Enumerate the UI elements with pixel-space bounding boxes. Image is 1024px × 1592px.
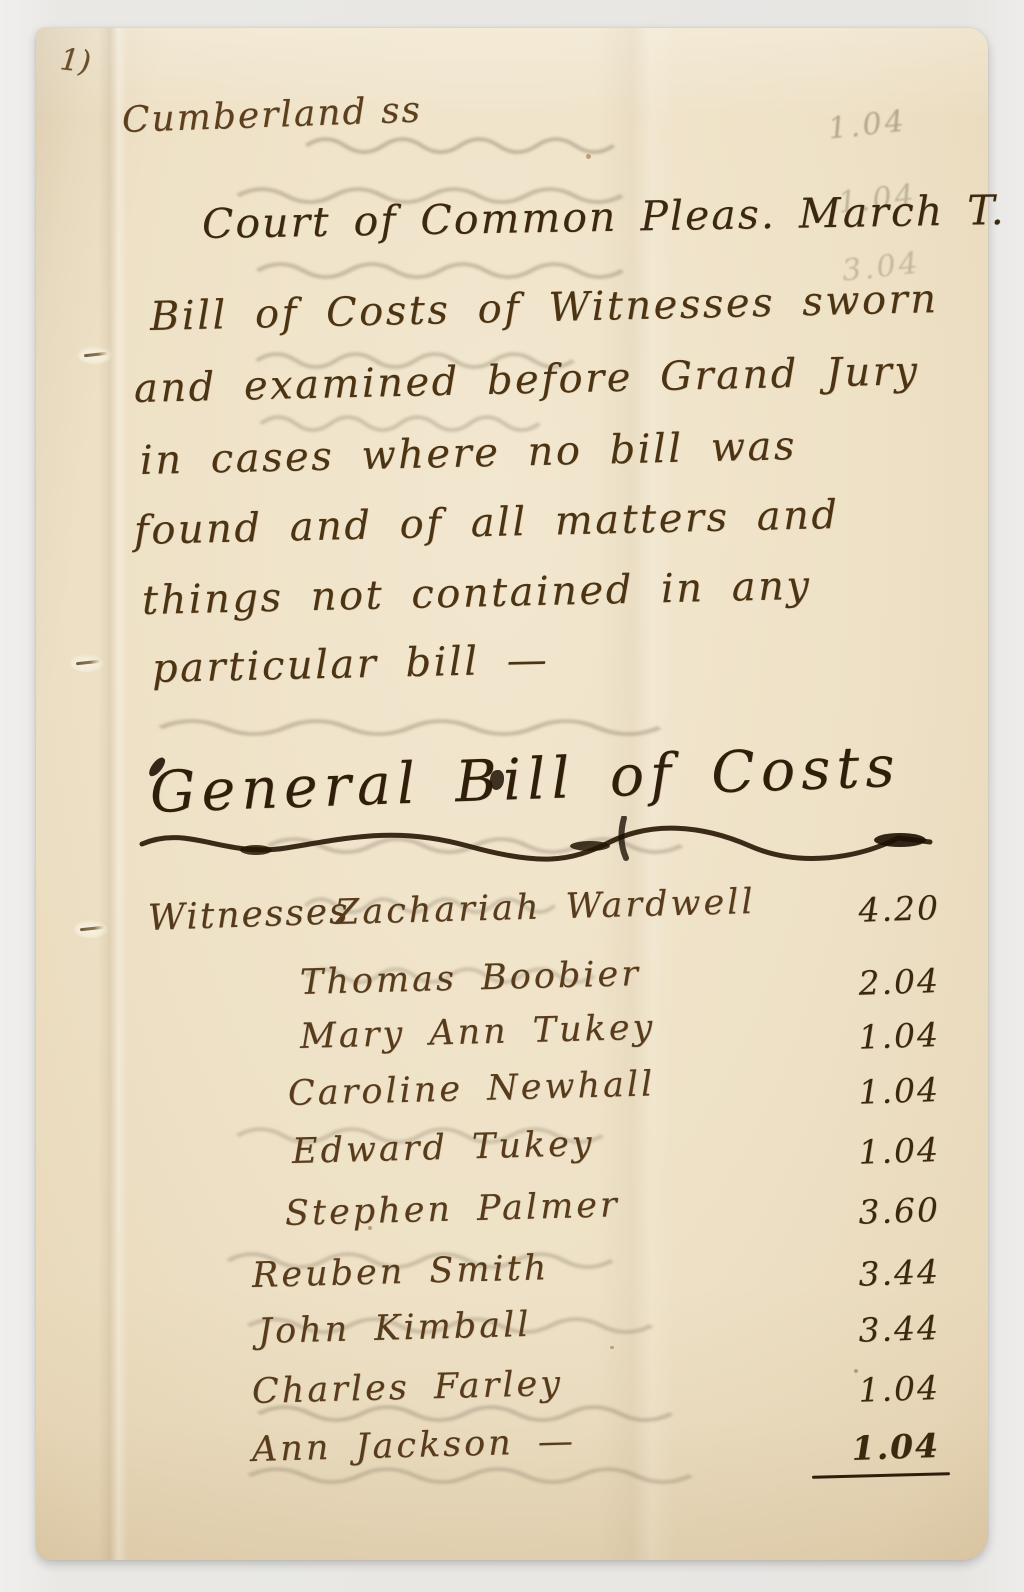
stitch-hole [74, 920, 108, 938]
foxing-speck [610, 1346, 614, 1349]
witness-amount: 3.44 [819, 1252, 940, 1295]
witness-name: John Kimball [257, 1305, 531, 1352]
stitch-hole [78, 346, 112, 364]
page-number: 1) [58, 42, 92, 80]
fold-crease-left [98, 28, 128, 1560]
witness-amount: 2.04 [819, 961, 940, 1004]
scanned-document-page: { "doc": { "page_number": "1)", "county_… [0, 0, 1024, 1592]
body-line: particular bill — [151, 637, 549, 692]
underline-flourish [138, 816, 938, 868]
witness-amount: 1.04 [819, 1368, 940, 1411]
stitch-hole [70, 654, 104, 672]
witness-amount: 4.20 [819, 888, 940, 931]
witness-amount: 3.60 [819, 1190, 940, 1233]
witness-amount: 1.04 [819, 1426, 940, 1469]
witness-amount: 1.04 [819, 1015, 940, 1058]
witness-name: Charles Farley [251, 1364, 563, 1412]
witness-amount: 1.04 [819, 1070, 940, 1113]
witness-name: Ann Jackson — [251, 1422, 576, 1470]
foxing-speck [586, 154, 591, 159]
witness-name: Reuben Smith [251, 1248, 549, 1296]
witness-name: Edward Tukey [291, 1124, 595, 1172]
witness-amount: 3.44 [819, 1308, 940, 1351]
witness-amount: 1.04 [819, 1130, 940, 1173]
witness-column-label: Witnesses [147, 891, 350, 939]
